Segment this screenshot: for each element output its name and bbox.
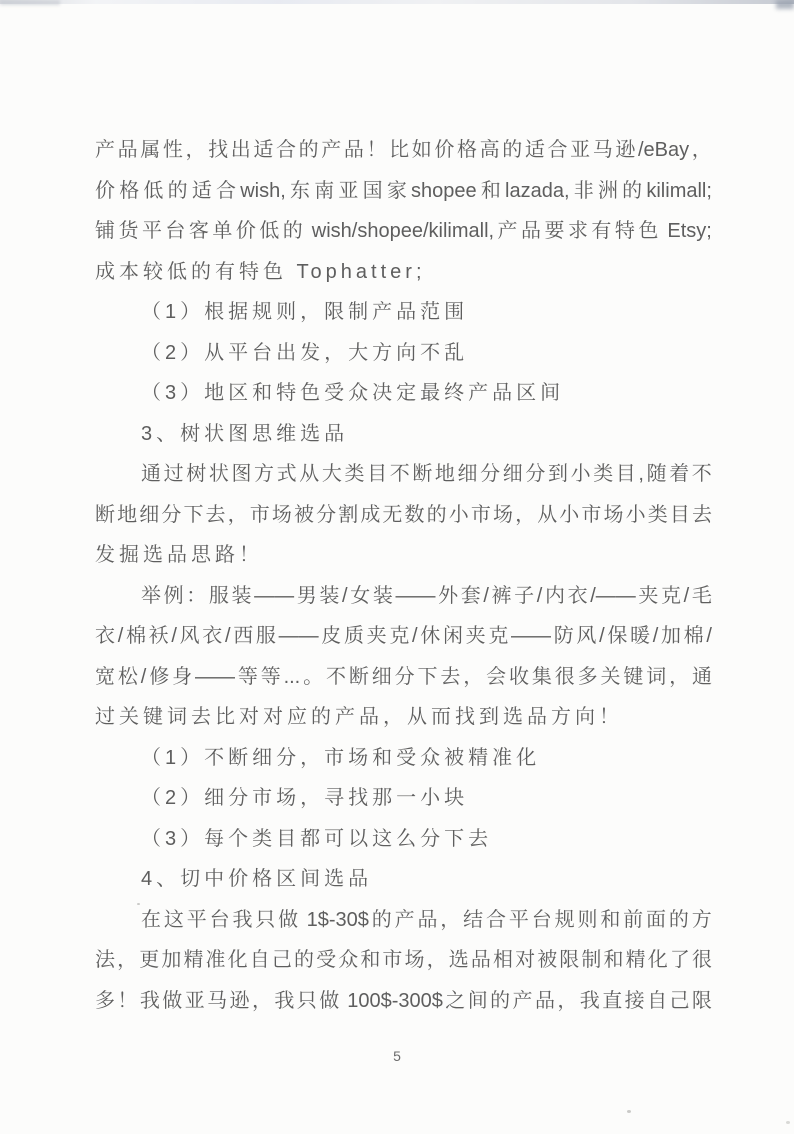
text-line: 3、树状图思维选品 [95, 414, 712, 455]
text-line: 宽松/修身——等等...。不断细分下去，会收集很多关键词，通 [95, 657, 712, 698]
scan-artifact-top-strip [0, 0, 794, 4]
scan-speck [786, 1121, 790, 1124]
text-line: 衣/棉袄/风衣/西服——皮质夹克/休闲夹克——防风/保暖/加棉/ [95, 616, 712, 657]
text-line: 通过树状图方式从大类目不断地细分细分到小类目,随着不 [95, 454, 712, 495]
text-line: （2）细分市场，寻找那一小块 [95, 778, 712, 819]
page-number: 5 [0, 1048, 794, 1064]
text-line: （1）根据规则，限制产品范围 [95, 292, 712, 333]
scan-artifact-top-left [0, 0, 60, 5]
text-line: 多！我做亚马逊，我只做 100$-300$之间的产品，我直接自己限 [95, 981, 712, 1022]
text-line: 举例：服装——男装/女装——外套/裤子/内衣/——夹克/毛 [95, 576, 712, 617]
document-page: 产品属性，找出适合的产品！比如价格高的适合亚马逊/eBay，价格低的适合wish… [0, 0, 794, 1134]
scan-artifact-top-right [776, 0, 794, 9]
text-line: 成本较低的有特色 Tophatter; [95, 252, 712, 293]
text-line: （3）每个类目都可以这么分下去 [95, 819, 712, 860]
text-line: （3）地区和特色受众决定最终产品区间 [95, 373, 712, 414]
text-line: 过关键词去比对对应的产品，从而找到选品方向！ [95, 697, 712, 738]
text-line: 发掘选品思路！ [95, 535, 712, 576]
text-line: （1）不断细分，市场和受众被精准化 [95, 738, 712, 779]
scan-speck [627, 1110, 631, 1113]
document-body: 产品属性，找出适合的产品！比如价格高的适合亚马逊/eBay，价格低的适合wish… [95, 130, 712, 1021]
text-line: 铺货平台客单价低的 wish/shopee/kilimall,产品要求有特色 E… [95, 211, 712, 252]
text-line: 法，更加精准化自己的受众和市场，选品相对被限制和精化了很 [95, 940, 712, 981]
text-line: 断地细分下去，市场被分割成无数的小市场，从小市场小类目去 [95, 495, 712, 536]
text-line: （2）从平台出发，大方向不乱 [95, 333, 712, 374]
text-line: 4、切中价格区间选品 [95, 859, 712, 900]
text-line: 在这平台我只做 1$-30$的产品，结合平台规则和前面的方 [95, 900, 712, 941]
text-line: 价格低的适合wish,东南亚国家shopee和lazada,非洲的kilimal… [95, 171, 712, 212]
text-line: 产品属性，找出适合的产品！比如价格高的适合亚马逊/eBay， [95, 130, 712, 171]
